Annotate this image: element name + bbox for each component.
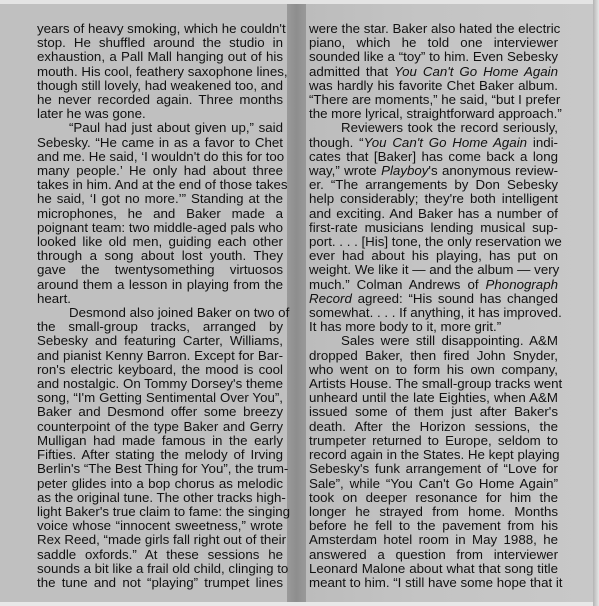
text-line: though still lovely, had weakened too, a… [37,79,283,93]
text-line: Baker and Desmond offer some breezy [37,405,283,419]
text-line: “Paul had just about given up,” said [37,121,283,135]
text-line: Sales were still disappointing. A&M [309,334,558,348]
text-line: longer he strayed from home. Months [309,505,558,519]
text-line: mouth. His cool, feathery saxophone line… [37,65,283,79]
text-line: song, “I'm Getting Sentimental Over You”… [37,391,283,405]
text-line: Sebesky's funk arrangement of “Love for [309,462,558,476]
text-line: and exciting. And Baker has a number of [309,207,558,221]
text-line: somewhat. . . . If anything, it has impr… [309,306,558,320]
text-line: heart. [37,292,283,306]
text-line: ron's electric keyboard, the mood is coo… [37,363,283,377]
text-line: Record agreed: “His sound has changed [309,292,558,306]
text-line: as the original tune. The other tracks h… [37,491,283,505]
scanned-page: years of heavy smoking, which he couldn'… [0,0,599,606]
text-line: Leonard Malone about what that song titl… [309,562,558,576]
text-line: issued some of them just after Baker's [309,405,558,419]
text-line: and nostalgic. On Tommy Dorsey's theme [37,377,283,391]
text-line: er. “The arrangements by Don Sebesky [309,178,558,192]
text-line: microphones, he and Baker made a [37,207,283,221]
text-line: unheard until the late Eighties, when A&… [309,391,558,405]
text-line: Fifties. After stating the melody of Irv… [37,448,283,462]
text-line: who went on to form his own company, [309,363,558,377]
text-line: and me. He said, ‘I wouldn't do this for… [37,150,283,164]
text-line: the small-group tracks, arranged by [37,320,283,334]
text-line: counterpoint of the type Baker and Gerry [37,420,283,434]
text-line: were the star. Baker also hated the elec… [309,22,558,36]
top-edge [0,0,599,4]
text-line: the tune and not “playing” trumpet lines [37,576,283,590]
text-line: Berlin's “The Best Thing for You”, the t… [37,462,283,476]
paragraph: were the star. Baker also hated the elec… [309,22,558,121]
text-line: ever had about his playing, has put on [309,249,558,263]
text-line: Mulligan had made famous in the early [37,434,283,448]
paragraph: Reviewers took the record seriously,thou… [309,121,558,334]
text-line: Sale”, while “You Can't Go Home Again” [309,477,558,491]
paragraph: years of heavy smoking, which he couldn'… [37,22,283,121]
text-line: voice whose “innocent sweetness,” wrote [37,519,283,533]
text-line: dropped Baker, then fired John Snyder, [309,349,558,363]
text-line: trumpeter returned to Europe, seldom to [309,434,558,448]
text-line: way,” wrote Playboy's anonymous review- [309,164,558,178]
text-line: took on deeper resonance for him the [309,491,558,505]
paragraph: Desmond also joined Baker on two ofthe s… [37,306,283,590]
text-line: he never recorded again. Three months [37,93,283,107]
text-line: exhaustion, a Pall Mall hanging out of h… [37,50,283,64]
text-line: meant to him. “I still have some hope th… [309,576,558,590]
text-line: years of heavy smoking, which he couldn'… [37,22,283,36]
text-line: light Baker's true claim to fame: the si… [37,505,283,519]
text-line: looked like old men, guiding each other [37,235,283,249]
text-line: cates that [Baker] has come back a long [309,150,558,164]
text-line: poignant team: two middle-aged pals who [37,221,283,235]
right-text-column: were the star. Baker also hated the elec… [309,22,558,590]
text-line: gave the twentysomething virtuosos [37,263,283,277]
left-text-column: years of heavy smoking, which he couldn'… [37,22,283,590]
text-line: sounds a bit like a frail old child, cli… [37,562,283,576]
text-line: though. “You Can't Go Home Again indi- [309,136,558,150]
text-line: answered a question from interviewer [309,548,558,562]
text-line: record again in the States. He kept play… [309,448,558,462]
text-line: Artists House. The small-group tracks we… [309,377,558,391]
paragraph: Sales were still disappointing. A&Mdropp… [309,334,558,590]
text-line: saddle oxfords.” At these sessions he [37,548,283,562]
text-line: takes in him. And at the end of those ta… [37,178,283,192]
text-line: many people.’ He only had about three [37,164,283,178]
text-line: admitted that You Can't Go Home Again [309,65,558,79]
text-line: help considerably; they're both intellig… [309,192,558,206]
text-line: Desmond also joined Baker on two of [37,306,283,320]
text-line: piano, which he told one interviewer [309,36,558,50]
text-line: later he was gone. [37,107,283,121]
text-line: death. After the Horizon sessions, the [309,420,558,434]
text-line: Sebesky. “He came in as a favor to Chet [37,136,283,150]
text-line: around them a lesson in playing from the [37,278,283,292]
text-line: weight. We like it — and the album — ver… [309,263,558,277]
text-line: he said, ‘I got no more.’” Standing at t… [37,192,283,206]
text-line: the more lyrical, straightforward approa… [309,107,558,121]
text-line: peter glides into a bop chorus as melodi… [37,477,283,491]
text-line: Amsterdam hotel room in May 1988, he [309,533,558,547]
text-line: It has more body to it, more grit.” [309,320,558,334]
text-line: stop. He shuffled around the studio in [37,36,283,50]
bottom-edge [0,602,599,606]
text-line: and pianist Kenny Barron. Except for Bar… [37,349,283,363]
right-edge [593,0,599,606]
text-line: port. . . . [His] tone, the only reserva… [309,235,558,249]
text-line: “There are moments,” he said, “but I pre… [309,93,558,107]
text-line: much.” Colman Andrews of Phonograph [309,278,558,292]
text-line: before he fell to the pavement from his [309,519,558,533]
text-line: through a song about lost youth. They [37,249,283,263]
text-line: sounded like a “toy” to him. Even Sebesk… [309,50,558,64]
paragraph: “Paul had just about given up,” saidSebe… [37,121,283,306]
text-line: Rex Reed, “made girls fall right out of … [37,533,283,547]
text-line: Reviewers took the record seriously, [309,121,558,135]
text-line: was hardly his favorite Chet Baker album… [309,79,558,93]
text-line: first-rate musicians lending musical sup… [309,221,558,235]
text-line: Sebesky and featuring Carter, Williams, [37,334,283,348]
